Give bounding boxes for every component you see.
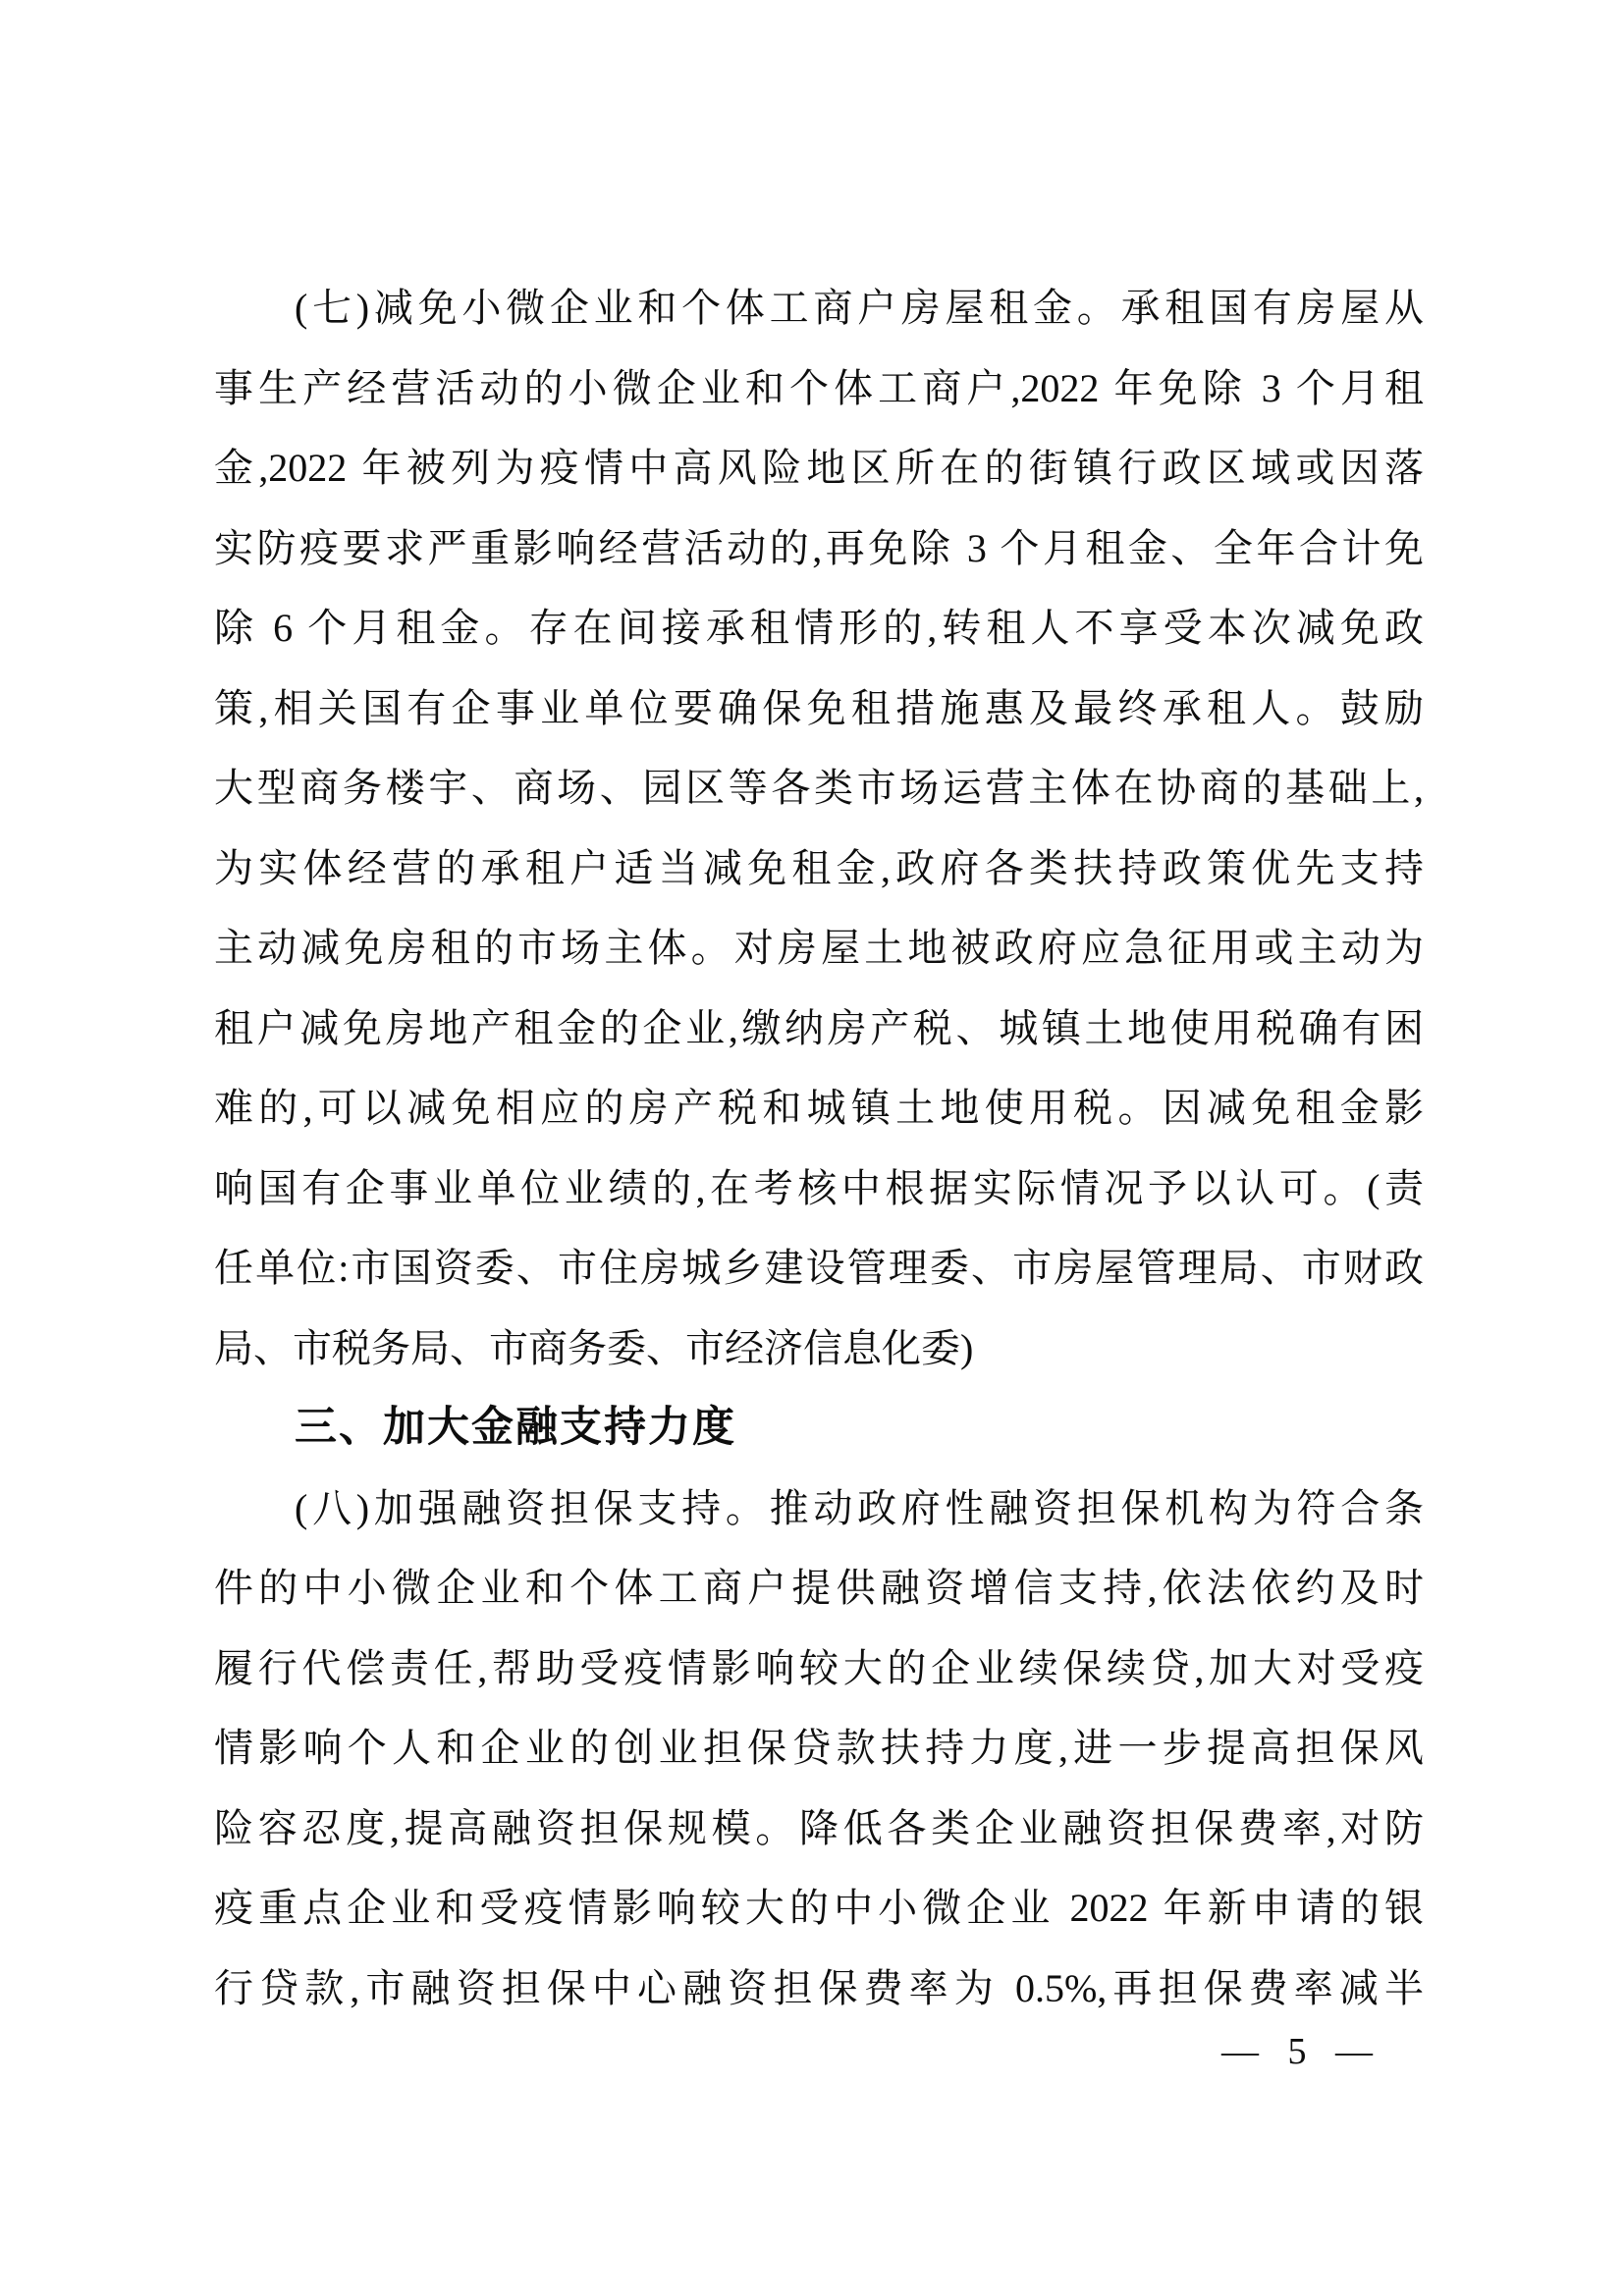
paragraph-8-first-line-rest: 推动政府性融资担保机构为符合条: [770, 1486, 1424, 1530]
paragraph-7-line: 为实体经营的承租户适当减免租金,政府各类扶持政策优先支持: [214, 828, 1424, 909]
paragraph-8-line: 行贷款,市融资担保中心融资担保费率为 0.5%,再担保费率减半: [214, 1949, 1424, 2029]
paragraph-7-line: 实防疫要求严重影响经营活动的,再免除 3 个月租金、全年合计免: [214, 508, 1424, 589]
paragraph-7-lead: (七)减免小微企业和个体工商户房屋租金。: [295, 286, 1121, 330]
paragraph-7-line: 难的,可以减免相应的房产税和城镇土地使用税。因减免租金影: [214, 1068, 1424, 1148]
document-page: (七)减免小微企业和个体工商户房屋租金。承租国有房屋从 事生产经营活动的小微企业…: [0, 0, 1624, 2296]
paragraph-7-first-line: (七)减免小微企业和个体工商户房屋租金。承租国有房屋从: [214, 268, 1424, 348]
paragraph-8-line: 履行代偿责任,帮助受疫情影响较大的企业续保续贷,加大对受疫: [214, 1629, 1424, 1709]
paragraph-7-first-line-rest: 承租国有房屋从: [1121, 286, 1424, 330]
text-block: (七)减免小微企业和个体工商户房屋租金。承租国有房屋从 事生产经营活动的小微企业…: [214, 268, 1424, 2028]
paragraph-8-first-line: (八)加强融资担保支持。推动政府性融资担保机构为符合条: [214, 1468, 1424, 1549]
section-3-heading: 三、加大金融支持力度: [214, 1388, 1424, 1468]
paragraph-7-line: 事生产经营活动的小微企业和个体工商户,2022 年免除 3 个月租: [214, 348, 1424, 429]
paragraph-8-lead: (八)加强融资担保支持。: [295, 1486, 770, 1530]
paragraph-7-line: 除 6 个月租金。存在间接承租情形的,转租人不享受本次减免政: [214, 588, 1424, 668]
paragraph-7-line: 任单位:市国资委、市住房城乡建设管理委、市房屋管理局、市财政: [214, 1228, 1424, 1308]
paragraph-8-line: 疫重点企业和受疫情影响较大的中小微企业 2022 年新申请的银: [214, 1868, 1424, 1949]
paragraph-7-line: 大型商务楼宇、商场、园区等各类市场运营主体在协商的基础上,: [214, 748, 1424, 828]
page-number: — 5 —: [1221, 2030, 1373, 2073]
paragraph-7-line: 响国有企事业单位业绩的,在考核中根据实际情况予以认可。(责: [214, 1148, 1424, 1229]
paragraph-7-last-line: 局、市税务局、市商务委、市经济信息化委): [214, 1308, 1424, 1389]
paragraph-8-line: 件的中小微企业和个体工商户提供融资增信支持,依法依约及时: [214, 1548, 1424, 1629]
paragraph-8-line: 险容忍度,提高融资担保规模。降低各类企业融资担保费率,对防: [214, 1789, 1424, 1869]
paragraph-7-line: 租户减免房地产租金的企业,缴纳房产税、城镇土地使用税确有困: [214, 988, 1424, 1069]
paragraph-7-line: 策,相关国有企事业单位要确保免租措施惠及最终承租人。鼓励: [214, 668, 1424, 749]
paragraph-7-line: 金,2022 年被列为疫情中高风险地区所在的街镇行政区域或因落: [214, 428, 1424, 508]
paragraph-7-line: 主动减免房租的市场主体。对房屋土地被政府应急征用或主动为: [214, 908, 1424, 988]
paragraph-8-line: 情影响个人和企业的创业担保贷款扶持力度,进一步提高担保风: [214, 1708, 1424, 1789]
